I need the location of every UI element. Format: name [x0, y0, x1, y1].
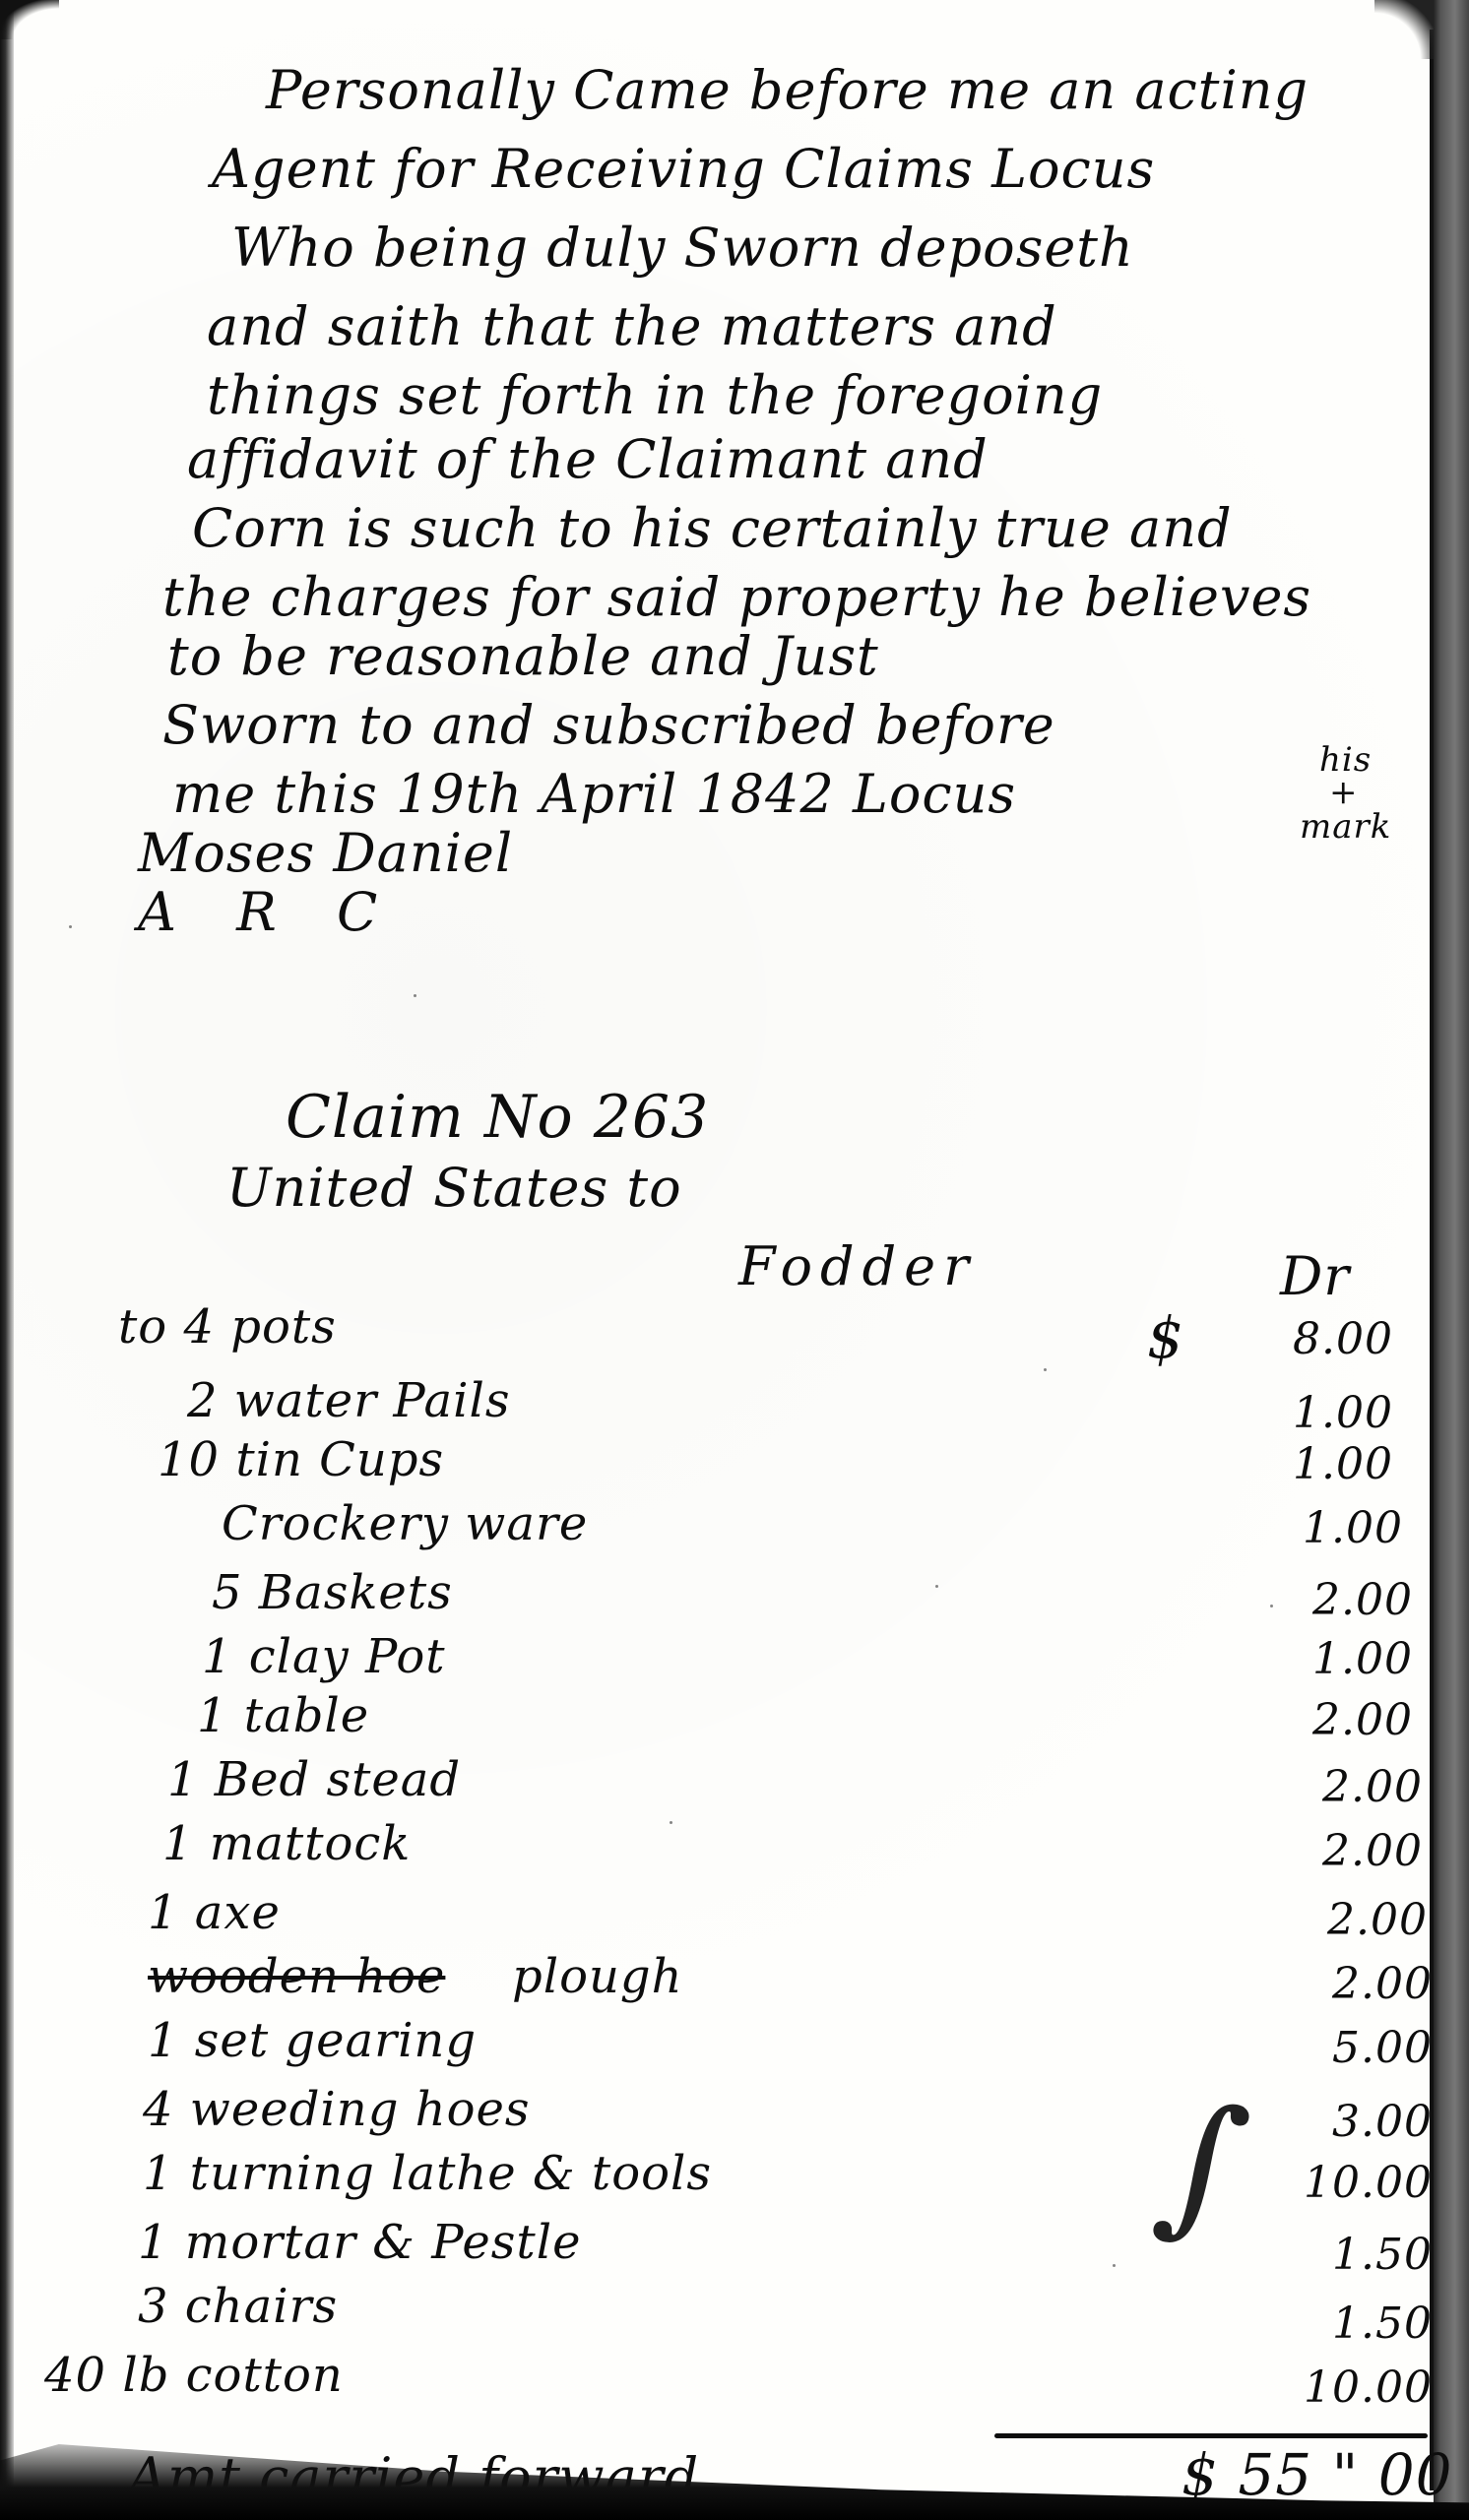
struck-text: wooden hoe — [148, 1949, 445, 2004]
item-amount: 1.00 — [1206, 1503, 1403, 1553]
item-description: 5 Baskets — [212, 1565, 453, 1620]
item-description: 1 clay Pot — [202, 1629, 446, 1684]
speck — [69, 925, 72, 928]
item-amount: 1.50 — [1236, 2299, 1433, 2349]
item-description: 1 Bed stead — [167, 1752, 461, 1807]
item-amount: 3.00 — [1236, 2097, 1433, 2147]
item-description: 10 tin Cups — [158, 1432, 444, 1487]
item-description: 1 axe — [148, 1885, 281, 1940]
item-description: 40 lb cotton — [44, 2348, 344, 2403]
item-description: 3 chairs — [138, 2279, 338, 2334]
item-description: 1 table — [197, 1688, 369, 1743]
item-description: 1 turning lathe & tools — [143, 2146, 712, 2201]
left-binding-edge — [0, 0, 14, 2520]
item-amount: 2.00 — [1216, 1575, 1413, 1625]
total-rule — [994, 2433, 1428, 2438]
item-amount: 1.00 — [1196, 1439, 1393, 1489]
affidavit-line-10: Sworn to and subscribed before — [162, 694, 1055, 756]
debit-label: Dr — [1280, 1245, 1350, 1307]
speck — [414, 994, 416, 997]
dollar-sign: $ — [1147, 1304, 1184, 1371]
mark-label: mark — [1300, 807, 1391, 847]
item-amount: 1.00 — [1216, 1634, 1413, 1684]
item-description: 1 set gearing — [148, 2013, 477, 2068]
speck — [935, 1585, 938, 1588]
speck — [1113, 2264, 1116, 2267]
item-description: 2 water Pails — [187, 1373, 511, 1428]
item-amount: 2.00 — [1231, 1895, 1428, 1945]
signature: Moses Daniel — [138, 822, 513, 884]
item-description: plough — [512, 1949, 683, 2004]
item-description: 1 mattock — [162, 1816, 411, 1871]
top-right-corner-shadow — [1374, 0, 1434, 59]
item-amount: 8.00 — [1196, 1314, 1393, 1364]
speck — [1270, 1605, 1273, 1607]
ledger-page: Personally Came before me an acting Agen… — [0, 0, 1469, 2520]
item-description: to 4 pots — [118, 1299, 337, 1354]
signature-title: A R C — [138, 881, 399, 943]
item-amount: 10.00 — [1236, 2158, 1433, 2208]
payer-line: United States to — [226, 1157, 682, 1219]
affidavit-line-5: things set forth in the foregoing — [207, 364, 1103, 426]
item-description: 1 mortar & Pestle — [138, 2215, 581, 2270]
affidavit-line-2: Agent for Receiving Claims Locus — [212, 138, 1155, 200]
affidavit-line-9: to be reasonable and Just — [167, 625, 879, 687]
item-amount: 1.00 — [1196, 1388, 1393, 1438]
item-description: Crockery ware — [222, 1496, 588, 1551]
right-page-edge — [1434, 0, 1469, 2520]
speck — [1044, 1368, 1047, 1371]
affidavit-line-11: me this 19th April 1842 Locus — [172, 763, 1016, 825]
item-amount: 2.00 — [1226, 1826, 1423, 1876]
item-description-with-strike: wooden hoe — [148, 1949, 445, 2004]
claim-title: Claim No 263 — [286, 1083, 709, 1152]
item-amount: 5.00 — [1236, 2023, 1433, 2073]
item-amount: 2.00 — [1216, 1695, 1413, 1745]
payee-name: Fodder — [738, 1235, 977, 1297]
item-amount: 2.00 — [1226, 1762, 1423, 1812]
affidavit-line-4: and saith that the matters and — [207, 295, 1057, 357]
affidavit-line-7: Corn is such to his certainly true and — [192, 497, 1233, 559]
speck — [670, 1821, 672, 1824]
affidavit-line-1: Personally Came before me an acting — [266, 59, 1309, 121]
affidavit-line-6: affidavit of the Claimant and — [187, 428, 989, 490]
item-description: 4 weeding hoes — [143, 2082, 531, 2137]
affidavit-line-3: Who being duly Sworn deposeth — [231, 217, 1134, 279]
affidavit-line-8: the charges for said property he believe… — [162, 566, 1311, 628]
item-amount: 2.00 — [1236, 1959, 1433, 2009]
item-amount: 10.00 — [1236, 2362, 1433, 2413]
item-amount: 1.50 — [1236, 2230, 1433, 2280]
top-left-corner-shadow — [0, 0, 59, 39]
mark-cross: + — [1329, 773, 1359, 812]
